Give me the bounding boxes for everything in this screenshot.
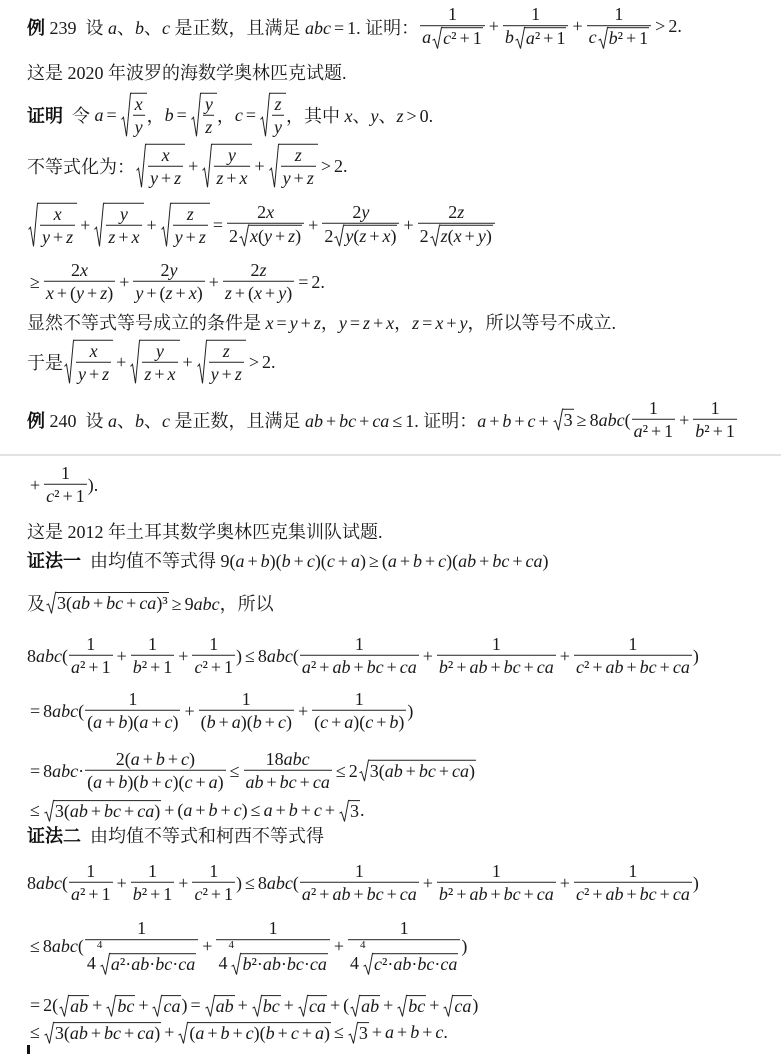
radical-sign-icon xyxy=(191,93,201,137)
chain-mid: )≤8abc( xyxy=(236,645,299,666)
square-root: yz+x xyxy=(94,203,143,247)
radicand: 3 xyxy=(349,800,360,822)
radical-sign-icon xyxy=(106,995,116,1017)
numerator: 1 xyxy=(647,399,660,419)
fraction: 1b²+ab+bc+ca xyxy=(437,635,556,677)
radicand: c²·ab·bc·ca xyxy=(373,953,458,975)
fourth-root: 4a²·ab·bc·ca xyxy=(100,953,196,975)
numerator: z xyxy=(185,205,196,225)
square-root: c²+1 xyxy=(432,27,483,49)
numerator: 1 xyxy=(207,862,220,882)
method-text: 由均值不等式和柯西不等式得 xyxy=(81,822,324,848)
conclusion-lead: 于是 xyxy=(27,349,63,375)
square-root: a²+1 xyxy=(515,27,567,49)
coefficient: c xyxy=(589,28,597,49)
radicand: 3(ab+bc+ca) xyxy=(54,1022,161,1044)
fraction: yz xyxy=(203,95,215,137)
equation-tail: =2. xyxy=(295,271,325,292)
operator: + xyxy=(114,872,130,893)
denominator: y xyxy=(272,115,284,138)
square-root: z(x+y) xyxy=(430,225,493,247)
denominator: c²+1 xyxy=(192,882,235,905)
numerator: 1 xyxy=(709,399,722,419)
denominator: z xyxy=(203,115,214,138)
numerator: x xyxy=(52,205,64,225)
numerator: 1 xyxy=(446,5,459,25)
radicand: ab xyxy=(215,995,235,1017)
numerator: z xyxy=(272,95,283,115)
chain-tail: . xyxy=(360,800,365,821)
fraction: yz+x xyxy=(214,146,249,188)
example-label: 例 xyxy=(27,407,45,433)
reduced-inequality: 不等式化为： xy+z + yz+x + zy+z >2. xyxy=(27,144,347,188)
numerator: x xyxy=(133,95,145,115)
radicand: yz+x xyxy=(140,340,179,384)
operator: + xyxy=(331,937,347,958)
radicand: 3(ab+bc+ca) xyxy=(54,800,161,822)
denominator: b²+ab+bc+ca xyxy=(437,655,556,678)
square-root: zy+z xyxy=(161,203,210,247)
denominator: 44b²·ab·bc·ca xyxy=(216,939,329,975)
radical-sign-icon xyxy=(202,144,212,188)
operator: + xyxy=(113,351,129,372)
square-root: bc xyxy=(397,995,426,1017)
source-text: 这是 2020 年波罗的海数学奥林匹克试题. xyxy=(27,59,347,85)
example-240-statement: 例 240 设 a、b、c 是正数，且满足 ab+bc+ca≤1. 证明：a+b… xyxy=(27,399,738,441)
radical-sign-icon xyxy=(239,225,249,247)
fraction: 1b²+ab+bc+ca xyxy=(437,862,556,904)
radical-sign-icon xyxy=(197,340,207,384)
and-lead: 及 xyxy=(27,590,45,616)
numerator: 1 xyxy=(353,862,366,882)
radicand: 3 xyxy=(563,409,574,431)
text-cursor xyxy=(27,1045,30,1054)
radicand: ca xyxy=(453,995,472,1017)
method-2-chain-2: ≤8abc( 1 44a²·ab·bc·ca + 1 44b²·ab·bc·ca… xyxy=(27,919,467,975)
radicand: bc xyxy=(407,995,426,1017)
denominator: y+z xyxy=(173,225,208,248)
denominator: a²+ab+bc+ca xyxy=(300,655,419,678)
method-label: 证法一 xyxy=(27,547,81,573)
example-text: 240 设 a、b、c 是正数，且满足 ab+bc+ca≤1. 证明：a+b+c… xyxy=(45,407,552,433)
radical-sign-icon xyxy=(443,995,453,1017)
method-2-chain-3: =2( ab + bc + ca )= ab + bc + ca +( ab +… xyxy=(27,995,478,1017)
method-text: 由均值不等式得 9(a+b)(b+c)(c+a)≥(a+b+c)(ab+bc+c… xyxy=(81,547,548,573)
operator: + xyxy=(557,645,573,666)
denominator: (c+a)(c+b) xyxy=(312,710,406,733)
square-root: xy xyxy=(121,93,147,137)
radicand: 3(ab+bc+ca) xyxy=(369,760,476,782)
radicand: b²·ab·bc·ca xyxy=(241,953,327,975)
radicand: xy xyxy=(131,93,147,137)
operator: + xyxy=(116,271,132,292)
denominator: 2x(y+z) xyxy=(227,223,304,247)
operator: = xyxy=(210,214,226,235)
denominator: c²+1 xyxy=(44,484,87,507)
square-root: ab xyxy=(59,995,89,1017)
numerator: 2x xyxy=(69,261,90,281)
method-1-chain-1: 8abc( 1a²+1 + 1b²+1 + 1c²+1 )≤8abc( 1a²+… xyxy=(27,635,699,677)
denominator: y xyxy=(133,115,145,138)
fraction: xy+z xyxy=(76,342,111,384)
denominator: c²+ab+bc+ca xyxy=(574,655,692,678)
fraction: 1 44c²·ab·bc·ca xyxy=(348,919,460,975)
fraction: 1b²+1 xyxy=(693,399,737,441)
fraction: xy+z xyxy=(40,205,75,247)
fraction: zy+z xyxy=(281,146,316,188)
square-root: xy+z xyxy=(64,340,113,384)
denominator: y+z xyxy=(40,225,75,248)
denominator: c²+ab+bc+ca xyxy=(574,882,692,905)
numerator: 1 xyxy=(529,5,542,25)
radical-sign-icon xyxy=(152,995,162,1017)
radicand: b²+1 xyxy=(608,27,650,49)
radicand: zy+z xyxy=(279,144,318,188)
operator: + xyxy=(114,645,130,666)
segment: +( xyxy=(327,995,349,1016)
radicand: a²+1 xyxy=(525,27,567,49)
substitution-lhs: b= xyxy=(165,104,190,125)
radicand: zy xyxy=(270,93,286,137)
square-root: zy+z xyxy=(197,340,246,384)
numerator: 1 xyxy=(398,919,411,939)
radical-sign-icon xyxy=(44,1022,54,1044)
denominator: b a²+1 xyxy=(503,25,569,49)
fraction: 1c²+1 xyxy=(192,862,235,904)
numerator: 2y xyxy=(159,261,180,281)
denominator: y+z xyxy=(281,166,316,189)
radical-sign-icon xyxy=(269,144,279,188)
fraction: 1 44b²·ab·bc·ca xyxy=(216,919,329,975)
fraction: 2zz+(x+y) xyxy=(223,261,294,303)
radicand: ca xyxy=(308,995,327,1017)
radical-sign-icon xyxy=(178,1022,188,1044)
root-index: 4 xyxy=(360,940,366,951)
condition-text: 其中 x、y、z>0. xyxy=(304,102,433,128)
operator: + xyxy=(175,645,191,666)
square-root: 3(ab+bc+ca)³ xyxy=(46,592,169,614)
radicand: z(x+y) xyxy=(440,225,493,247)
radical-sign-icon xyxy=(430,225,440,247)
numerator: 1 xyxy=(84,635,97,655)
radical-sign-icon xyxy=(598,27,608,49)
radical-sign-icon xyxy=(359,760,369,782)
operator: + xyxy=(305,214,321,235)
root-index: 4 xyxy=(97,940,103,951)
fraction: 1c²+1 xyxy=(192,635,235,677)
example-239-source: 这是 2020 年波罗的海数学奥林匹克试题. xyxy=(27,59,347,85)
denominator: ab+bc+ca xyxy=(244,770,332,793)
denominator: 44c²·ab·bc·ca xyxy=(348,939,460,975)
radical-sign-icon xyxy=(161,203,171,247)
operator: + xyxy=(27,474,43,495)
chain-mid: )≤8abc( xyxy=(236,872,299,893)
operator: + xyxy=(206,271,222,292)
method-2-intro: 证法二 由均值不等式和柯西不等式得 xyxy=(27,822,324,848)
segment: + xyxy=(281,995,297,1016)
and-tail: ≥9abc，所以 xyxy=(169,590,274,616)
denominator: y+z xyxy=(148,166,183,189)
fraction: xy xyxy=(133,95,145,137)
proof-text: 令 xyxy=(63,102,95,128)
denominator: (b+a)(b+c) xyxy=(199,710,294,733)
chain-lead: 8abc( xyxy=(27,645,68,666)
radical-sign-icon xyxy=(515,27,525,49)
coefficient: a xyxy=(422,28,431,49)
fraction: 1a²+ab+bc+ca xyxy=(300,635,419,677)
method-2-chain-4: ≤ 3(ab+bc+ca) + (a+b+c)(b+c+a) ≤ 3 +a+b+… xyxy=(27,1022,448,1044)
radical-sign-icon xyxy=(64,340,74,384)
radical-sign-icon xyxy=(350,995,360,1017)
radicand: 3 xyxy=(358,1022,369,1044)
radical-sign-icon xyxy=(94,203,104,247)
denominator: a²+1 xyxy=(632,419,676,442)
denominator: 2y(z+x) xyxy=(322,223,399,247)
operator: + xyxy=(676,409,692,430)
chain-tail: +a+b+c. xyxy=(369,1022,448,1043)
square-root: xy+z xyxy=(136,144,185,188)
numerator: x xyxy=(88,342,100,362)
separator: ， xyxy=(147,102,165,128)
square-root: b²+1 xyxy=(598,27,650,49)
radical-sign-icon xyxy=(136,144,146,188)
fraction: 1c²+ab+bc+ca xyxy=(574,635,692,677)
segment: + xyxy=(135,995,151,1016)
radical-sign-icon xyxy=(397,995,407,1017)
coefficient: 4 xyxy=(87,954,96,975)
square-root: bc xyxy=(252,995,281,1017)
square-root: 3 xyxy=(348,1022,369,1044)
segment: )= xyxy=(181,995,203,1016)
fraction: 2z 2z(x+y) xyxy=(418,203,495,247)
radicand: yz+x xyxy=(104,203,143,247)
square-root: (a+b+c)(b+c+a) xyxy=(178,1022,331,1044)
fraction: 18abcab+bc+ca xyxy=(244,750,332,792)
operator: + xyxy=(199,937,215,958)
square-root: yz xyxy=(191,93,217,137)
fraction: 1(c+a)(c+b) xyxy=(312,690,406,732)
radicand: bc xyxy=(116,995,135,1017)
operator: ≤ xyxy=(27,1022,43,1043)
numerator: 2x xyxy=(255,203,276,223)
denominator: y+z xyxy=(76,362,111,385)
statement-tail: ). xyxy=(88,474,99,495)
operator: + xyxy=(486,17,502,38)
denominator: a c²+1 xyxy=(420,25,485,49)
numerator: 1 xyxy=(146,635,159,655)
fraction: 2xx+(y+z) xyxy=(44,261,115,303)
radicand: xy+z xyxy=(74,340,113,384)
numerator: 1 xyxy=(267,919,280,939)
example-240-source: 这是 2012 年土耳其数学奥林匹克集训队试题. xyxy=(27,518,383,544)
fraction: 2yy+(z+x) xyxy=(133,261,204,303)
fraction: 1b²+1 xyxy=(131,862,175,904)
numerator: 1 xyxy=(135,919,148,939)
fraction: 2x 2x(y+z) xyxy=(227,203,304,247)
numerator: 1 xyxy=(59,464,72,484)
denominator: 2z(x+y) xyxy=(418,223,495,247)
radicand: yz xyxy=(201,93,217,137)
fraction: xy+z xyxy=(148,146,183,188)
chain-lead: =8abc· xyxy=(27,760,84,781)
method-2-chain-1: 8abc( 1a²+1 + 1b²+1 + 1c²+1 )≤8abc( 1a²+… xyxy=(27,862,699,904)
fraction: zy xyxy=(272,95,284,137)
numerator: 1 xyxy=(207,635,220,655)
denominator: a²+ab+bc+ca xyxy=(300,882,419,905)
segment: + xyxy=(380,995,396,1016)
chain-close: ) xyxy=(693,872,699,893)
numerator: 1 xyxy=(146,862,159,882)
chain-close: ) xyxy=(461,937,467,958)
chain-close: ) xyxy=(407,700,413,721)
example-text: 239 设 a、b、c 是正数，且满足 abc=1. 证明： xyxy=(45,14,419,40)
square-root: zy+z xyxy=(269,144,318,188)
denominator: y+(z+x) xyxy=(133,281,204,304)
square-root: ca xyxy=(298,995,327,1017)
fraction: 2(a+b+c)(a+b)(b+c)(c+a) xyxy=(85,750,225,792)
operator: + xyxy=(161,1022,177,1043)
fraction: 2y 2y(z+x) xyxy=(322,203,399,247)
operator: + xyxy=(420,872,436,893)
denominator: y+z xyxy=(209,362,244,385)
chain-lead: 8abc( xyxy=(27,872,68,893)
fraction: 1 44a²·ab·bc·ca xyxy=(85,919,198,975)
fourth-root: 4b²·ab·bc·ca xyxy=(231,953,327,975)
radical-sign-icon xyxy=(100,953,110,975)
operator: + xyxy=(144,214,160,235)
numerator: 1 xyxy=(612,5,625,25)
radicand: zy+z xyxy=(171,203,210,247)
numerator: z xyxy=(221,342,232,362)
proof-step-2: ≥ 2xx+(y+z) + 2yy+(z+x) + 2zz+(x+y) =2. xyxy=(27,261,325,303)
radical-sign-icon xyxy=(46,592,56,614)
square-root: ca xyxy=(152,995,181,1017)
denominator: 44a²·ab·bc·ca xyxy=(85,939,198,975)
fraction: 1a²+1 xyxy=(632,399,676,441)
radical-sign-icon xyxy=(130,340,140,384)
chain-close: ) xyxy=(693,645,699,666)
square-root: 3(ab+bc+ca) xyxy=(44,800,161,822)
numerator: 1 xyxy=(126,690,139,710)
chain-mid: +(a+b+c)≤a+b+c+ xyxy=(161,800,338,821)
separator: ， xyxy=(217,102,235,128)
operator: ≤ xyxy=(331,1022,347,1043)
operator: + xyxy=(252,155,268,176)
method-1-chain-4: ≤ 3(ab+bc+ca) +(a+b+c)≤a+b+c+ 3 . xyxy=(27,800,365,822)
segment: =2( xyxy=(27,995,58,1016)
fraction: 1a²+1 xyxy=(69,862,113,904)
denominator: c²+1 xyxy=(192,655,235,678)
square-root: 3(ab+bc+ca) xyxy=(359,760,476,782)
method-label: 证法二 xyxy=(27,822,81,848)
radicand: ab xyxy=(69,995,89,1017)
source-text: 这是 2012 年土耳其数学奥林匹克集训队试题. xyxy=(27,518,383,544)
denominator: x+(y+z) xyxy=(44,281,115,304)
denominator: a²+1 xyxy=(69,655,113,678)
method-1-and: 及 3(ab+bc+ca)³ ≥9abc，所以 xyxy=(27,590,274,616)
segment: + xyxy=(426,995,442,1016)
page-break-divider xyxy=(0,454,781,456)
coefficient: 4 xyxy=(218,954,227,975)
proof-label: 证明 xyxy=(27,102,63,128)
segment: ) xyxy=(472,995,478,1016)
radical-sign-icon xyxy=(339,800,349,822)
chain-lead: ≤8abc( xyxy=(27,937,84,958)
numerator: 1 xyxy=(490,635,503,655)
coefficient: 2 xyxy=(324,226,333,247)
radicand: xy+z xyxy=(146,144,185,188)
denominator: z+x xyxy=(106,225,141,248)
coefficient: 2 xyxy=(420,226,429,247)
square-root: xy+z xyxy=(28,203,77,247)
radical-sign-icon xyxy=(231,953,241,975)
operator: ≤ xyxy=(227,760,243,781)
segment: + xyxy=(89,995,105,1016)
proof-239-conclusion: 于是 xy+z + yz+x + zy+z >2. xyxy=(27,340,275,384)
method-1-chain-3: =8abc· 2(a+b+c)(a+b)(b+c)(c+a) ≤ 18abcab… xyxy=(27,750,476,792)
square-root: yz+x xyxy=(202,144,251,188)
operator: ≤ xyxy=(27,800,43,821)
numerator: x xyxy=(160,146,172,166)
square-root: ab xyxy=(205,995,235,1017)
denominator: b²+1 xyxy=(131,655,175,678)
radicand: (a+b+c)(b+c+a) xyxy=(188,1022,331,1044)
separator: ， xyxy=(286,102,304,128)
fraction: 1(b+a)(b+c) xyxy=(199,690,294,732)
denominator: a²+1 xyxy=(69,882,113,905)
radical-sign-icon xyxy=(121,93,131,137)
operator: + xyxy=(185,155,201,176)
operator: + xyxy=(295,700,311,721)
operator: + xyxy=(400,214,416,235)
radical-sign-icon xyxy=(363,953,373,975)
example-label: 例 xyxy=(27,14,45,40)
chain-lead: =8abc( xyxy=(27,700,84,721)
operator: ≥ xyxy=(27,271,43,292)
square-root: 3 xyxy=(339,800,360,822)
radicand: x(y+z) xyxy=(249,225,302,247)
substitution-lhs: a= xyxy=(95,104,120,125)
method-1-chain-2: =8abc( 1(a+b)(a+c) + 1(b+a)(b+c) + 1(c+a… xyxy=(27,690,413,732)
denominator: z+x xyxy=(214,166,249,189)
fraction: 1b²+1 xyxy=(131,635,175,677)
numerator: 1 xyxy=(353,690,366,710)
operator: + xyxy=(569,17,585,38)
square-root: yz+x xyxy=(130,340,179,384)
numerator: 1 xyxy=(490,862,503,882)
numerator: 1 xyxy=(84,862,97,882)
operator: + xyxy=(77,214,93,235)
radicand: ab xyxy=(360,995,380,1017)
fourth-root: 4c²·ab·bc·ca xyxy=(363,953,458,975)
denominator: z+(x+y) xyxy=(223,281,294,304)
radical-sign-icon xyxy=(252,995,262,1017)
radical-sign-icon xyxy=(28,203,38,247)
radical-sign-icon xyxy=(432,27,442,49)
radicand: yz+x xyxy=(212,144,251,188)
fraction: zy+z xyxy=(209,342,244,384)
radical-sign-icon xyxy=(260,93,270,137)
denominator: b²+ab+bc+ca xyxy=(437,882,556,905)
radical-sign-icon xyxy=(59,995,69,1017)
numerator: 2z xyxy=(446,203,466,223)
fraction: zy+z xyxy=(173,205,208,247)
denominator: b²+1 xyxy=(131,882,175,905)
square-root: y(z+x) xyxy=(334,225,397,247)
note-text: 显然不等式等号成立的条件是 x=y+z，y=z+x，z=x+y，所以等号不成立. xyxy=(27,309,616,335)
inequality-tail: >2. xyxy=(318,155,348,176)
operator: + xyxy=(180,351,196,372)
